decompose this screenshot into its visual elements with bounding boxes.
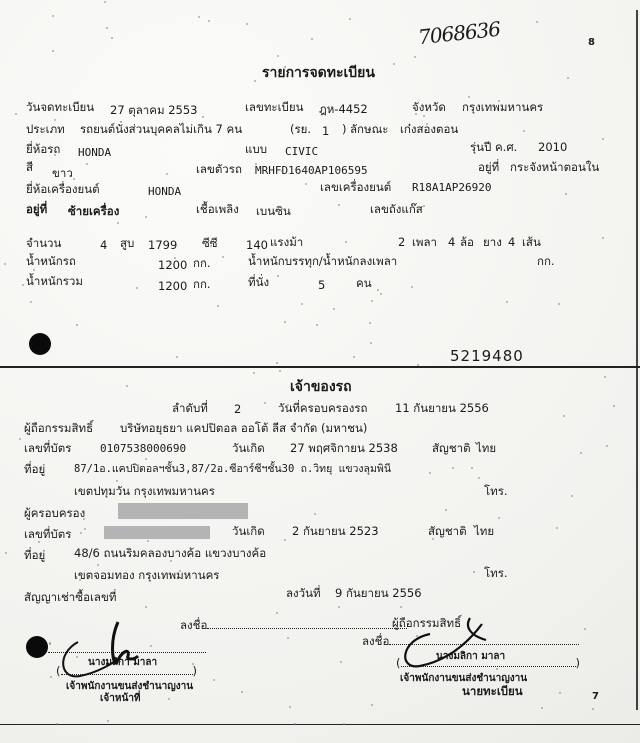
speck — [314, 513, 316, 515]
lease-label: สัญญาเช่าซื้อเลขที่ — [24, 590, 116, 604]
speck — [253, 372, 255, 374]
speck — [556, 527, 558, 529]
speck — [468, 96, 470, 98]
speck — [5, 552, 7, 554]
speck — [202, 116, 204, 118]
speck — [38, 541, 40, 543]
speck — [473, 571, 475, 573]
speck — [498, 517, 500, 519]
vehicle-class: 1 — [322, 124, 329, 138]
speck — [523, 130, 525, 132]
axle-unit: เพลา — [412, 235, 437, 249]
speck — [117, 222, 119, 224]
tires-label: ยาง — [483, 235, 502, 249]
engine-brand-label: ยี่ห้อเครื่องยนต์ — [26, 182, 100, 196]
speck — [340, 661, 342, 663]
speck — [204, 261, 206, 263]
document-page: 7068636 8 รายการจดทะเบียน วันจดทะเบียน 2… — [0, 0, 640, 743]
gas-tank-label: เลขถังแก๊ส — [370, 202, 423, 216]
model: CIVIC — [285, 145, 318, 159]
speck — [311, 38, 313, 40]
speck — [73, 178, 75, 180]
speck — [423, 115, 425, 117]
speck — [168, 698, 170, 700]
speck — [284, 539, 286, 541]
speck — [565, 193, 567, 195]
speck — [471, 467, 473, 469]
speck — [198, 16, 200, 18]
speck — [255, 163, 257, 165]
body-style: เก๋งสองตอน — [400, 122, 458, 136]
speck — [76, 324, 78, 326]
fuel: เบนซิน — [256, 204, 291, 218]
speck — [571, 495, 573, 497]
speck — [222, 256, 224, 258]
speck — [415, 113, 417, 115]
speck — [371, 704, 373, 706]
plate-label: เลขทะเบียน — [245, 100, 303, 114]
speck — [147, 540, 149, 542]
speck — [604, 376, 606, 378]
fuel-label: เชื้อเพลิง — [196, 202, 239, 216]
possession-date-label: วันที่ครอบครองรถ — [278, 401, 368, 415]
speck — [49, 643, 51, 645]
speck — [84, 528, 86, 530]
speck — [602, 138, 604, 140]
speck — [279, 370, 281, 372]
speck — [79, 579, 81, 581]
speck — [4, 263, 6, 265]
wheel-unit: ล้อ — [460, 235, 474, 249]
speck — [369, 322, 371, 324]
weight-unit: กก. — [193, 256, 211, 270]
binder-hole — [26, 636, 48, 658]
speck — [111, 37, 113, 39]
possessor-dob: 2 กันยายน 2523 — [292, 524, 379, 538]
possessor-address-label: ที่อยู่ — [24, 548, 45, 562]
speck — [429, 472, 431, 474]
officer-left-role: เจ้าหน้าที่ — [100, 692, 141, 706]
possessor-id-redacted — [104, 526, 210, 539]
speck — [287, 637, 289, 639]
speck — [217, 305, 219, 307]
speck — [432, 538, 434, 540]
load-label: น้ำหนักบรรทุก/น้ำหนักลงเพลา — [248, 254, 397, 268]
speck — [584, 628, 586, 630]
speck — [145, 606, 147, 608]
speck — [345, 241, 347, 243]
speck — [305, 183, 307, 185]
section-divider — [0, 366, 640, 368]
speck — [54, 154, 56, 156]
tire-unit: เส้น — [522, 235, 541, 249]
cylinders-label: จำนวน — [26, 236, 61, 250]
speck — [276, 362, 278, 364]
speck — [213, 679, 215, 681]
speck — [371, 300, 373, 302]
speck — [314, 172, 316, 174]
speck — [333, 308, 335, 310]
engine-cc: 1799 — [148, 238, 177, 252]
speck — [353, 356, 355, 358]
body-label: ลักษณะ — [350, 122, 388, 136]
speck — [414, 56, 416, 58]
brand: HONDA — [78, 146, 111, 160]
page-edge — [636, 10, 638, 710]
possessor-tel-label: โทร. — [484, 566, 508, 580]
tires: 4 — [508, 235, 515, 249]
speck — [116, 480, 118, 482]
speck — [380, 293, 382, 295]
speck — [536, 21, 538, 23]
speck — [97, 564, 99, 566]
cylinders: 4 — [100, 238, 107, 252]
holder-tel-label: โทร. — [484, 484, 508, 498]
speck — [15, 113, 17, 115]
holder-address-line2: เขตปทุมวัน กรุงเทพมหานคร — [74, 484, 215, 498]
possessor-address-line1: 48/6 ถนนริมคลองบางค้อ แขวงบางค้อ — [74, 546, 266, 560]
holder-label: ผู้ถือกรรมสิทธิ์ — [24, 421, 93, 435]
color: ขาว — [52, 166, 73, 180]
speck — [393, 63, 395, 65]
speck — [349, 18, 351, 20]
class-label: (รย. — [290, 122, 311, 136]
possessor-address-line2: เขตจอมทอง กรุงเทพมหานคร — [74, 568, 219, 582]
owner-section-title: เจ้าของรถ — [290, 380, 352, 394]
speck — [567, 77, 569, 79]
speck — [264, 402, 266, 404]
reg-date-label: วันจดทะเบียน — [26, 100, 94, 114]
speck — [338, 204, 340, 206]
sign-label: ลงชื่อ — [180, 618, 207, 632]
speck — [86, 163, 88, 165]
signature-left-icon — [50, 620, 150, 690]
engine-location: ซ้ายเครื่อง — [68, 204, 119, 218]
speck — [276, 612, 278, 614]
cc-unit: ซีซี — [202, 236, 218, 250]
speck — [563, 415, 565, 417]
speck — [289, 706, 291, 708]
speck — [277, 55, 279, 57]
possessor-id-label: เลขที่บัตร — [24, 527, 71, 541]
speck — [284, 321, 286, 323]
cylinders-unit: สูบ — [120, 236, 134, 250]
officer-right-role: นายทะเบียน — [462, 684, 523, 698]
speck — [411, 286, 413, 288]
speck — [592, 708, 594, 710]
engine-number: R18A1AP26920 — [412, 181, 491, 195]
type-label: ประเภท — [26, 122, 65, 136]
vehicle-weight: 1200 — [158, 258, 187, 272]
speck — [166, 173, 168, 175]
owner-order: 2 — [234, 402, 241, 416]
speck — [145, 458, 147, 460]
speck — [277, 275, 279, 277]
speck — [541, 707, 543, 709]
speck — [241, 691, 243, 693]
holder-dob-label: วันเกิด — [232, 441, 265, 455]
load-unit: กก. — [537, 254, 555, 268]
hp-unit: แรงม้า — [270, 235, 303, 249]
model-label: แบบ — [245, 142, 267, 156]
gross-weight-label: น้ำหนักรวม — [26, 274, 83, 288]
speck — [416, 635, 418, 637]
possessor-dob-label: วันเกิด — [232, 524, 265, 538]
engine-location-label: อยู่ที่ — [26, 202, 47, 216]
possessor-nationality-label: สัญชาติ — [428, 524, 467, 538]
speck — [19, 438, 21, 440]
color-label: สี — [26, 160, 33, 174]
holder-nationality: ไทย — [476, 441, 496, 455]
page-marker-bottom: 7 — [592, 690, 599, 704]
vin: MRHFD1640AP106595 — [255, 164, 368, 178]
vehicle-type: รถยนต์นั่งส่วนบุคคลไม่เกิน 7 คน — [80, 122, 242, 136]
speck — [370, 342, 372, 344]
engine-number-label: เลขเครื่องยนต์ — [320, 180, 391, 194]
speck — [445, 509, 447, 511]
handwritten-number: 7068636 — [417, 22, 500, 45]
gross-weight-unit: กก. — [193, 277, 211, 291]
province-label: จังหวัด — [412, 100, 446, 114]
speck — [80, 532, 82, 534]
lease-date-label: ลงวันที่ — [286, 586, 321, 600]
speck — [281, 170, 283, 172]
lease-date: 9 กันยายน 2556 — [335, 586, 422, 600]
speck — [136, 287, 138, 289]
possessor-nationality: ไทย — [474, 524, 494, 538]
holder-nationality-label: สัญชาติ — [432, 441, 471, 455]
speck — [559, 692, 561, 694]
speck — [145, 216, 147, 218]
seats-label: ที่นั่ง — [248, 275, 269, 289]
speck — [400, 606, 402, 608]
plate-number: ฎห-4452 — [319, 102, 368, 116]
holder-address-label: ที่อยู่ — [24, 462, 45, 476]
speck — [107, 720, 109, 722]
speck — [613, 405, 615, 407]
bottom-divider — [0, 724, 640, 725]
class-close: ) — [342, 122, 347, 136]
vin-location-label: อยู่ที่ — [478, 160, 499, 174]
gross-weight: 1200 — [158, 279, 187, 293]
wheels: 4 — [448, 235, 455, 249]
speck — [106, 27, 108, 29]
speck — [498, 100, 500, 102]
year-label: รุ่นปี ค.ศ. — [470, 140, 517, 154]
speck — [104, 1, 106, 3]
speck — [506, 301, 508, 303]
vin-location: กระจังหน้าตอนใน — [510, 160, 599, 174]
page-title: รายการจดทะเบียน — [262, 66, 375, 80]
weight-label: น้ำหนักรถ — [26, 254, 76, 268]
speck — [52, 50, 54, 52]
speck — [126, 385, 128, 387]
speck — [52, 15, 54, 17]
speck — [316, 324, 318, 326]
speck — [606, 445, 608, 447]
engine-brand: HONDA — [148, 185, 181, 199]
possessor-label: ผู้ครอบครอง — [24, 506, 85, 520]
holder-name: บริษัทอยุธยา แคปปิตอล ออโต้ ลีส จำกัด (ม… — [120, 421, 367, 435]
order-label: ลำดับที่ — [172, 401, 208, 415]
possessor-name-redacted — [118, 503, 248, 519]
holder-id-label: เลขที่บัตร — [24, 441, 71, 455]
binder-hole — [29, 333, 51, 355]
speck — [176, 356, 178, 358]
speck — [33, 269, 35, 271]
model-year: 2010 — [538, 140, 567, 154]
speck — [496, 668, 498, 670]
holder-sign-label: ลงชื่อ — [180, 618, 407, 632]
holder-address-line1: 87/1อ.แคปปิตอลฯชั้น3,87/2อ.ซีอาร์ซีฯชั้น… — [74, 462, 391, 476]
speck — [54, 119, 56, 121]
speck — [301, 303, 303, 305]
speck — [452, 467, 454, 469]
speck — [83, 518, 85, 520]
signature-line — [207, 628, 407, 629]
holder-id: 0107538000690 — [100, 442, 186, 456]
speck — [478, 477, 480, 479]
seats-unit: คน — [356, 276, 372, 290]
possession-date: 11 กันยายน 2556 — [395, 401, 489, 415]
signature-right-icon — [390, 614, 500, 674]
speck — [208, 20, 210, 22]
speck — [602, 237, 604, 239]
holder-dob: 27 พฤศจิกายน 2538 — [290, 441, 398, 455]
speck — [284, 66, 286, 68]
sign-label: ลงชื่อ — [362, 634, 389, 648]
speck — [338, 606, 340, 608]
page-marker-top: 8 — [588, 36, 595, 50]
speck — [580, 452, 582, 454]
speck — [377, 289, 379, 291]
axles: 2 — [398, 235, 405, 249]
speck — [22, 284, 24, 286]
reg-date: 27 ตุลาคม 2553 — [110, 103, 197, 117]
speck — [254, 80, 256, 82]
horsepower: 140 — [246, 238, 268, 252]
speck — [30, 301, 32, 303]
speck — [558, 303, 560, 305]
speck — [423, 205, 425, 207]
seats: 5 — [318, 278, 325, 292]
speck — [246, 23, 248, 25]
